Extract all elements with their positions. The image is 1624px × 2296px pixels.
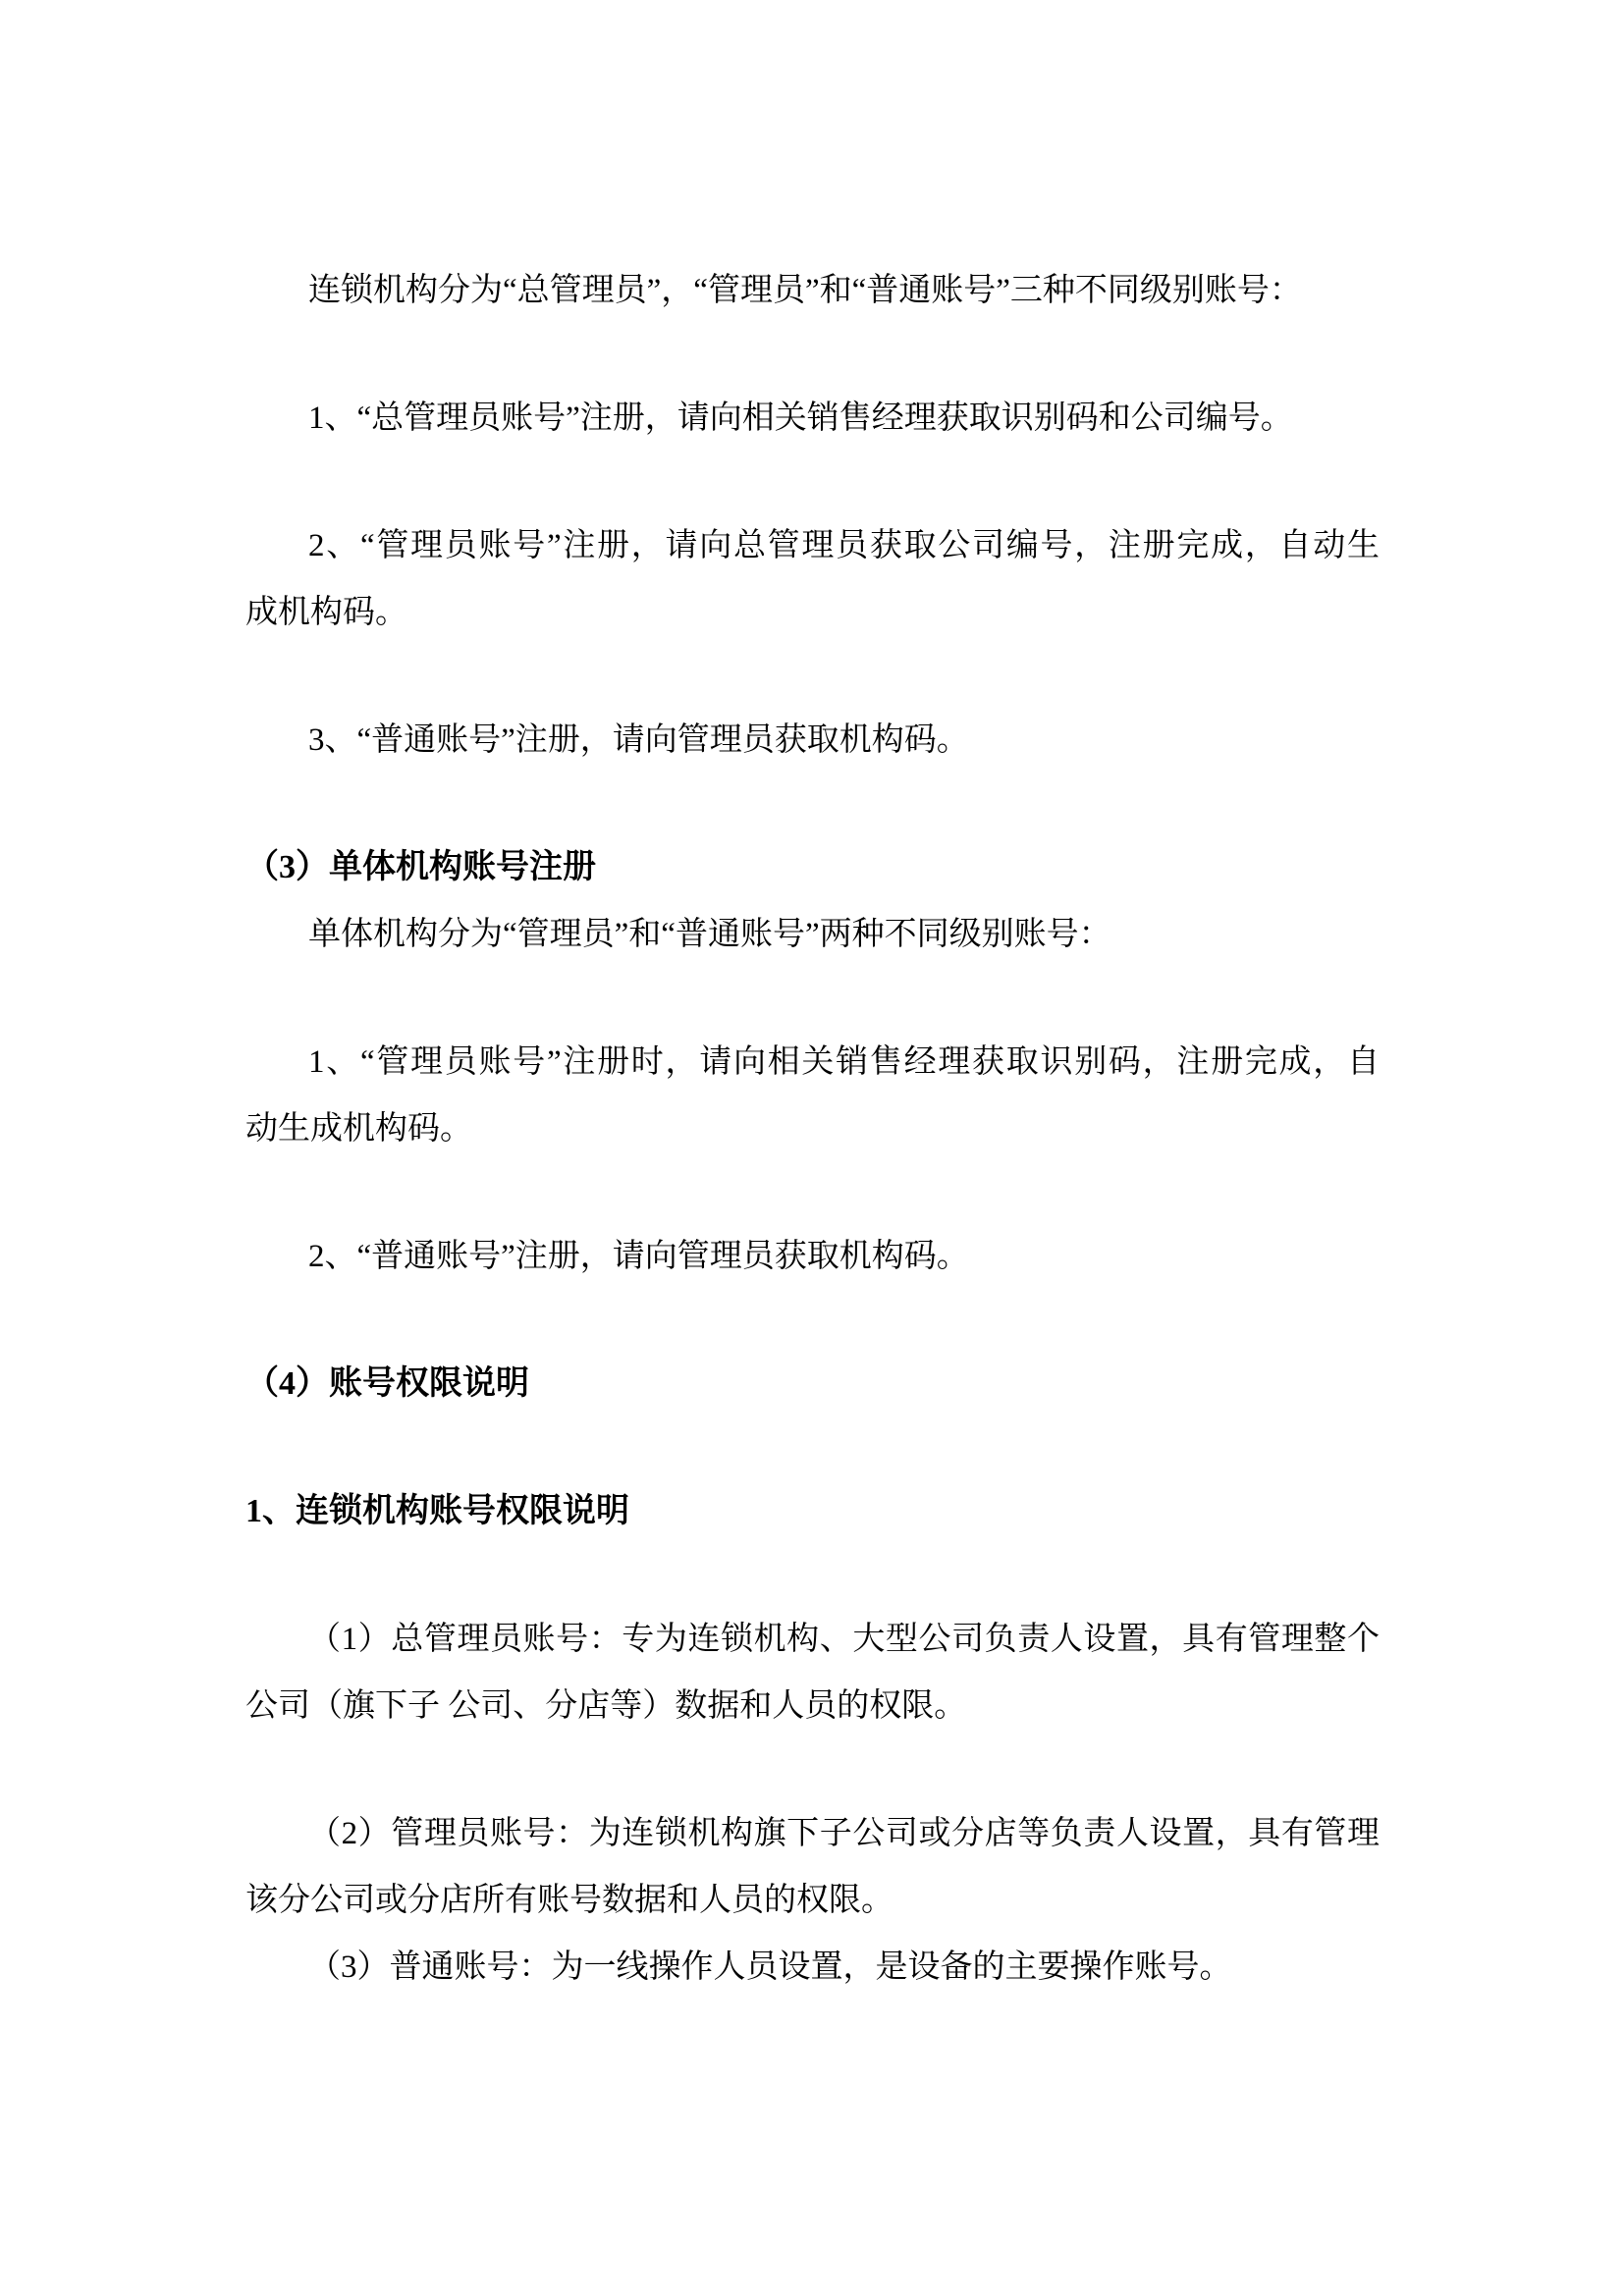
document-page: 连锁机构分为“总管理员”，“管理员”和“普通账号”三种不同级别账号： 1、“总管… <box>0 0 1624 2296</box>
section-heading: （4）账号权限说明 <box>245 1351 1380 1417</box>
body-line: 单体机构分为“管理员”和“普通账号”两种不同级别账号： <box>245 901 1380 968</box>
body-line: 2、“普通账号”注册，请向管理员获取机构码。 <box>245 1223 1380 1290</box>
body-line: 公司（旗下子 公司、分店等）数据和人员的权限。 <box>245 1673 1380 1739</box>
body-line: 3、“普通账号”注册，请向管理员获取机构码。 <box>245 707 1380 774</box>
body-line: 动生成机构码。 <box>245 1095 1380 1162</box>
body-line: （2）管理员账号：为连锁机构旗下子公司或分店等负责人设置，具有管理 <box>245 1800 1380 1867</box>
section-heading: （3）单体机构账号注册 <box>245 834 1380 901</box>
body-line: 2、“管理员账号”注册，请向总管理员获取公司编号，注册完成，自动生 <box>245 512 1380 579</box>
document-body: 连锁机构分为“总管理员”，“管理员”和“普通账号”三种不同级别账号： 1、“总管… <box>245 257 1380 2001</box>
body-line: （1）总管理员账号：专为连锁机构、大型公司负责人设置，具有管理整个 <box>245 1606 1380 1673</box>
body-line: 1、“管理员账号”注册时，请向相关销售经理获取识别码，注册完成，自 <box>245 1029 1380 1095</box>
sub-heading: 1、连锁机构账号权限说明 <box>245 1478 1380 1545</box>
body-line: （3）普通账号：为一线操作人员设置，是设备的主要操作账号。 <box>245 1934 1380 2001</box>
body-line: 该分公司或分店所有账号数据和人员的权限。 <box>245 1867 1380 1934</box>
body-line: 1、“总管理员账号”注册，请向相关销售经理获取识别码和公司编号。 <box>245 385 1380 452</box>
body-line: 成机构码。 <box>245 579 1380 646</box>
body-line: 连锁机构分为“总管理员”，“管理员”和“普通账号”三种不同级别账号： <box>245 257 1380 324</box>
